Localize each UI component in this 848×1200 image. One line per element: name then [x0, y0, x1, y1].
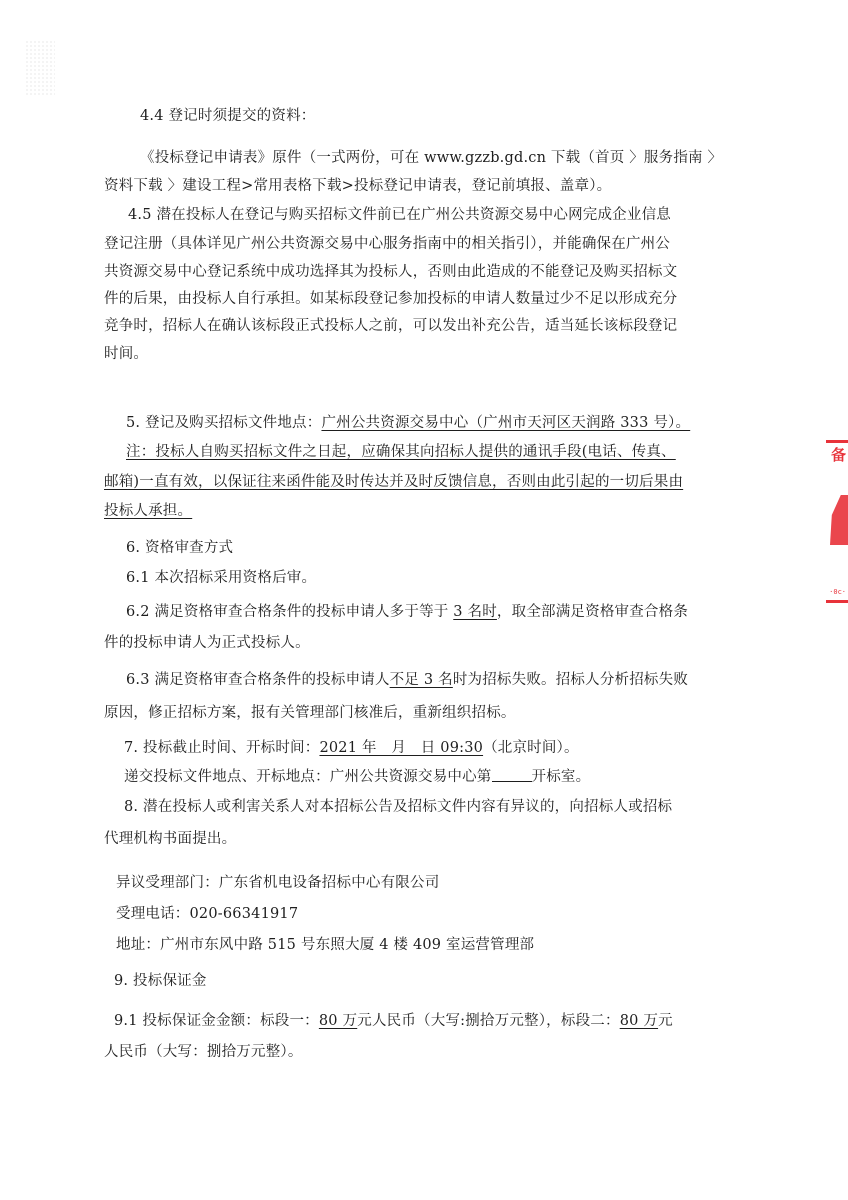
stamp-bar [826, 600, 848, 603]
lot-1-amount: 80 万 [319, 1013, 357, 1029]
section-6-3-count: 不足 3 名 [390, 672, 453, 688]
section-7-location-tail: 开标室。 [532, 769, 591, 785]
section-9-title: 9. 投标保证金 [114, 971, 207, 991]
section-4-5-line: 登记注册（具体详见广州公共资源交易中心服务指南中的相关指引），并能确保在广州公 [104, 234, 670, 254]
section-7-tail: （北京时间）。 [483, 740, 579, 756]
note-line: 注：投标人自购买招标文件之日起，应确保其向招标人提供的通讯手段(电话、传真、 [126, 442, 676, 462]
stamp-char: 备 [831, 444, 846, 465]
section-6-1: 6.1 本次招标采用资格后审。 [126, 568, 316, 588]
section-6-2-cont: 件的投标申请人为正式投标人。 [104, 633, 310, 653]
section-4-4-body-cont: 资料下载 〉建设工程>常用表格下载>投标登记申请表，登记前填报、盖章）。 [104, 176, 611, 196]
section-5-location: 广州公共资源交易中心（广州市天河区天润路 333 号）。 [321, 415, 690, 431]
section-5-label: 5. 登记及购买招标文件地点： [126, 415, 321, 431]
section-5: 5. 登记及购买招标文件地点：广州公共资源交易中心（广州市天河区天润路 333 … [126, 413, 690, 433]
note-line: 邮箱)一直有效，以保证往来函件能及时传达并及时反馈信息，否则由此引起的一切后果由 [104, 472, 683, 492]
section-8: 8. 潜在投标人或利害关系人对本招标公告及招标文件内容有异议的，向招标人或招标 [124, 797, 672, 817]
section-6-2: 6.2 满足资格审查合格条件的投标申请人多于等于 3 名时，取全部满足资格审查合… [126, 602, 688, 622]
section-6-3-cont: 原因，修正招标方案，报有关管理部门核准后，重新组织招标。 [104, 703, 516, 723]
section-7-datetime: 2021 年 月 日 09:30 [319, 740, 483, 756]
lot-2-amount: 80 万 [620, 1013, 658, 1029]
section-4-4-body: 《投标登记申请表》原件（一式两份，可在 www.gzzb.gd.cn 下载（首页… [140, 148, 722, 168]
note-line: 投标人承担。 [104, 501, 192, 521]
room-number-blank [492, 767, 532, 782]
section-7-location: 递交投标文件地点、开标地点：广州公共资源交易中心第开标室。 [124, 767, 590, 787]
section-6-title: 6. 资格审查方式 [126, 538, 233, 558]
section-6-2-count: 3 名时 [453, 604, 497, 620]
section-7: 7. 投标截止时间、开标时间：2021 年 月 日 09:30（北京时间）。 [124, 738, 579, 758]
section-6-3-text: 6.3 满足资格审查合格条件的投标申请人 [126, 672, 390, 688]
section-9-1-cont: 人民币（大写：捌拾万元整）。 [104, 1042, 303, 1062]
objection-address: 地址：广州市东风中路 515 号东照大厦 4 楼 409 室运营管理部 [116, 935, 534, 955]
scan-noise [25, 40, 55, 95]
section-4-5-line: 共资源交易中心登记系统中成功选择其为投标人，否则由此造成的不能登记及购买招标文 [104, 262, 677, 282]
section-4-4-title: 4.4 登记时须提交的资料： [140, 106, 315, 126]
section-4-5-line: 时间。 [104, 344, 148, 364]
section-7-location-text: 递交投标文件地点、开标地点：广州公共资源交易中心第 [124, 769, 492, 785]
section-9-1-mid: 元人民币（大写:捌拾万元整），标段二： [357, 1013, 619, 1029]
section-4-5-line: 4.5 潜在投标人在登记与购买招标文件前已在广州公共资源交易中心网完成企业信息 [128, 205, 671, 225]
section-9-1-label: 9.1 投标保证金金额：标段一： [114, 1013, 319, 1029]
section-9-1-tail: 元 [658, 1013, 673, 1029]
section-6-3-text-tail: 时为招标失败。招标人分析招标失败 [453, 672, 688, 688]
red-seal-stamp: 备 ·0c· [818, 440, 848, 610]
section-6-2-text-tail: ，取全部满足资格审查合格条 [497, 604, 688, 620]
objection-phone: 受理电话：020-66341917 [116, 904, 298, 924]
section-7-label: 7. 投标截止时间、开标时间： [124, 740, 319, 756]
section-6-2-text: 6.2 满足资格审查合格条件的投标申请人多于等于 [126, 604, 453, 620]
section-9-1: 9.1 投标保证金金额：标段一：80 万元人民币（大写:捌拾万元整），标段二：8… [114, 1011, 673, 1031]
objection-department: 异议受理部门：广东省机电设备招标中心有限公司 [116, 873, 439, 893]
section-6-3: 6.3 满足资格审查合格条件的投标申请人不足 3 名时为招标失败。招标人分析招标… [126, 670, 688, 690]
stamp-number: ·0c· [829, 588, 846, 596]
stamp-bar [826, 440, 848, 443]
stamp-blob [830, 495, 848, 545]
section-4-5-line: 竞争时，招标人在确认该标段正式投标人之前，可以发出补充公告，适当延长该标段登记 [104, 316, 677, 336]
section-8-cont: 代理机构书面提出。 [104, 829, 236, 849]
section-4-5-line: 件的后果，由投标人自行承担。如某标段登记参加投标的申请人数量过少不足以形成充分 [104, 289, 677, 309]
